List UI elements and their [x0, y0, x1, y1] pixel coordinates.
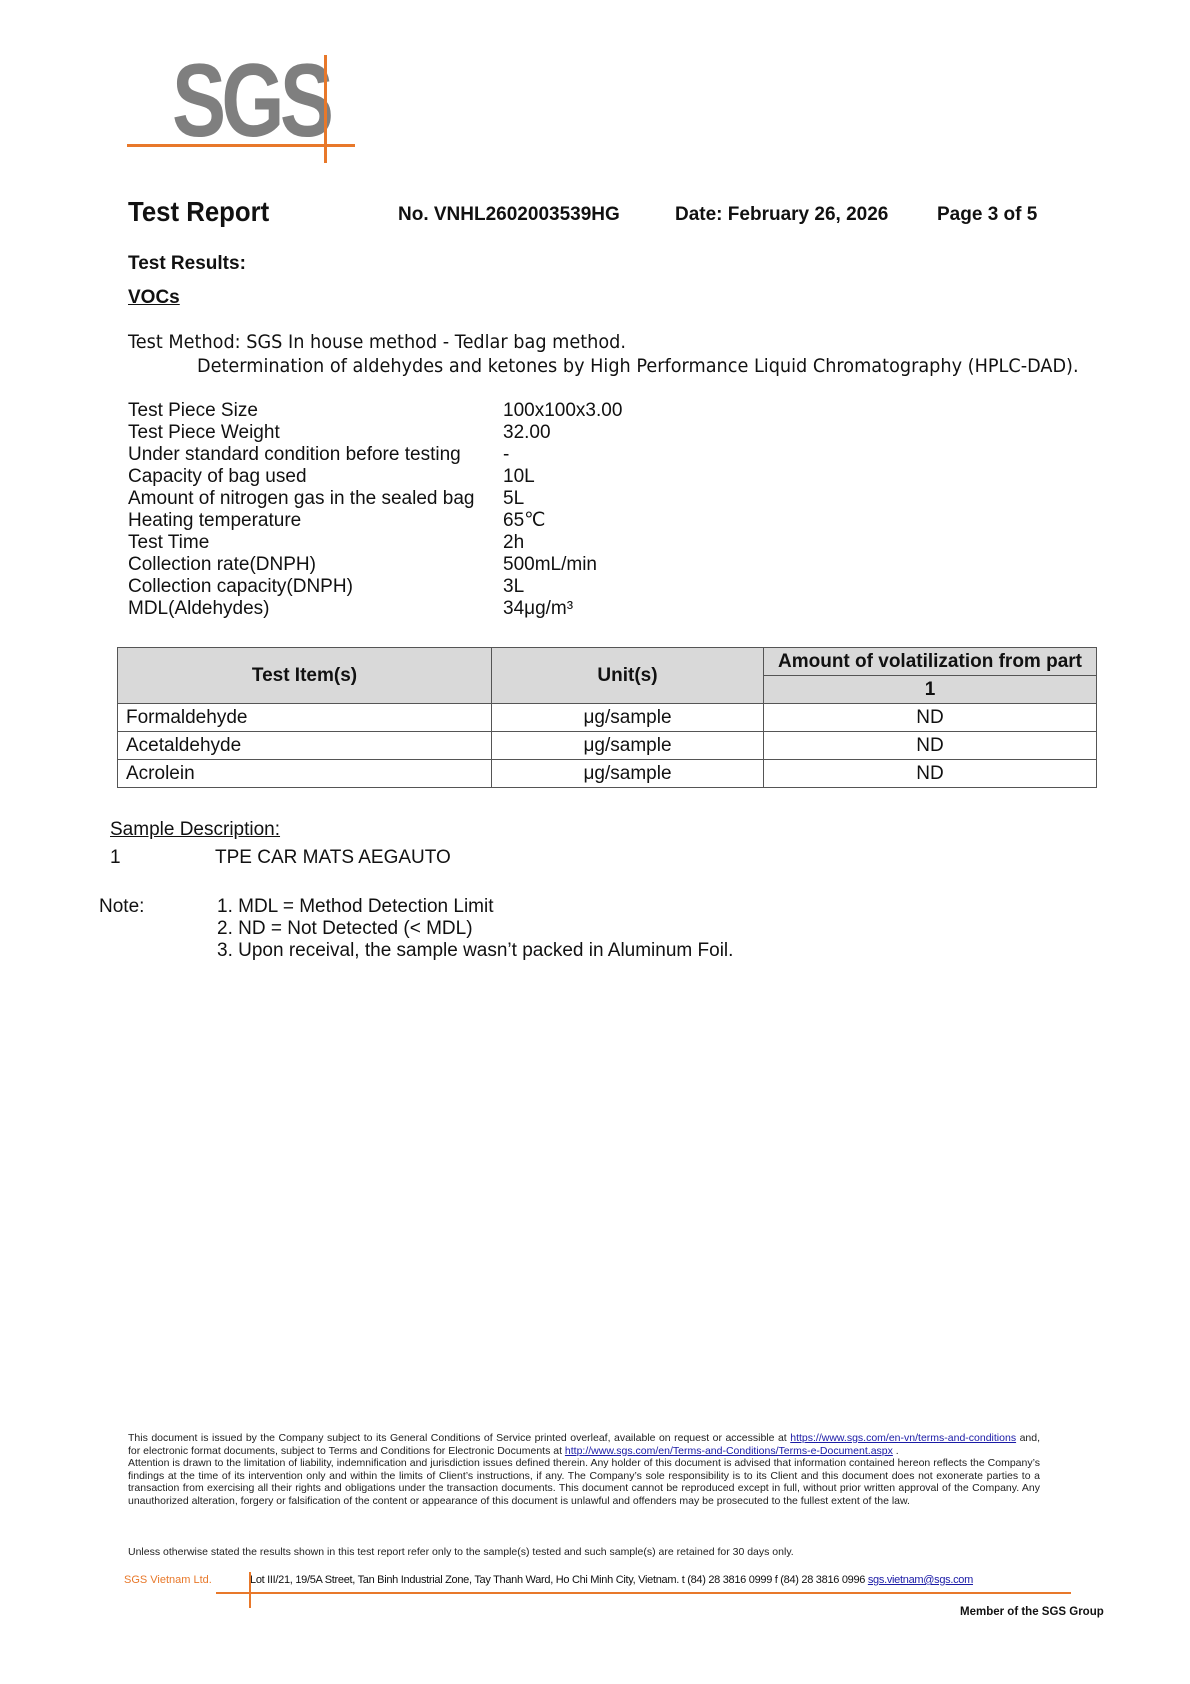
param-value: 500mL/min: [503, 554, 648, 576]
table-row: Formaldehydeμg/sampleND: [118, 704, 1097, 732]
logo-text: SGS: [172, 49, 329, 153]
note-item: 3. Upon receival, the sample wasn’t pack…: [217, 940, 733, 962]
header-test-item: Test Item(s): [118, 648, 492, 704]
param-row: Test Piece Weight32.00: [128, 422, 648, 444]
note-item: 1. MDL = Method Detection Limit: [217, 896, 733, 918]
param-row: Under standard condition before testing-: [128, 444, 648, 466]
cell-unit: μg/sample: [492, 760, 764, 788]
cell-value: ND: [764, 760, 1097, 788]
param-row: Capacity of bag used10L: [128, 466, 648, 488]
param-value: 10L: [503, 466, 648, 488]
param-row: Collection rate(DNPH)500mL/min: [128, 554, 648, 576]
param-value: -: [503, 444, 648, 466]
param-value: 32.00: [503, 422, 648, 444]
param-row: Test Piece Size100x100x3.00: [128, 400, 648, 422]
header-amount: Amount of volatilization from part: [764, 648, 1097, 676]
param-row: Amount of nitrogen gas in the sealed bag…: [128, 488, 648, 510]
test-parameters: Test Piece Size100x100x3.00Test Piece We…: [128, 400, 648, 620]
param-label: Collection rate(DNPH): [128, 554, 503, 576]
cell-item: Acrolein: [118, 760, 492, 788]
param-label: Collection capacity(DNPH): [128, 576, 503, 598]
cell-unit: μg/sample: [492, 704, 764, 732]
test-results-heading: Test Results:: [128, 253, 246, 275]
cell-item: Acetaldehyde: [118, 732, 492, 760]
param-row: Heating temperature65℃: [128, 510, 648, 532]
param-value: 2h: [503, 532, 648, 554]
param-label: Under standard condition before testing: [128, 444, 503, 466]
test-method-line-2: Determination of aldehydes and ketones b…: [197, 355, 1079, 377]
vocs-heading: VOCs: [128, 287, 180, 309]
logo-horizontal-line: [127, 144, 355, 147]
param-value: 3L: [503, 576, 648, 598]
notes-list: 1. MDL = Method Detection Limit 2. ND = …: [217, 896, 733, 962]
company-address: Lot III/21, 19/5A Street, Tan Binh Indus…: [250, 1574, 973, 1586]
report-date: Date: February 26, 2026: [675, 204, 888, 226]
cell-value: ND: [764, 732, 1097, 760]
header-unit: Unit(s): [492, 648, 764, 704]
electronic-terms-link[interactable]: http://www.sgs.com/en/Terms-and-Conditio…: [565, 1445, 893, 1457]
note-item: 2. ND = Not Detected (< MDL): [217, 918, 733, 940]
page-number: Page 3 of 5: [937, 204, 1037, 226]
report-title: Test Report: [128, 196, 269, 228]
company-name: SGS Vietnam Ltd.: [124, 1574, 212, 1586]
terms-link[interactable]: https://www.sgs.com/en-vn/terms-and-cond…: [790, 1432, 1016, 1444]
param-value: 65℃: [503, 510, 648, 532]
logo-vertical-line: [324, 55, 327, 163]
param-label: Test Piece Size: [128, 400, 503, 422]
sample-number: 1: [110, 847, 121, 869]
param-row: Collection capacity(DNPH)3L: [128, 576, 648, 598]
footer-line: [216, 1592, 1071, 1594]
cell-item: Formaldehyde: [118, 704, 492, 732]
results-table: Test Item(s) Unit(s) Amount of volatiliz…: [117, 647, 1097, 788]
table-row: Acroleinμg/sampleND: [118, 760, 1097, 788]
param-label: Amount of nitrogen gas in the sealed bag: [128, 488, 503, 510]
report-number: No. VNHL2602003539HG: [398, 204, 620, 226]
param-row: MDL(Aldehydes)34μg/m³: [128, 598, 648, 620]
param-label: Heating temperature: [128, 510, 503, 532]
cell-value: ND: [764, 704, 1097, 732]
param-value: 34μg/m³: [503, 598, 648, 620]
footer-vertical-line: [249, 1572, 251, 1608]
legal-text: This document is issued by the Company s…: [128, 1432, 790, 1444]
sample-name: TPE CAR MATS AEGAUTO: [215, 847, 451, 869]
table-row: Acetaldehydeμg/sampleND: [118, 732, 1097, 760]
header-sample-number: 1: [764, 676, 1097, 704]
legal-text: .: [893, 1445, 899, 1457]
sample-description-heading: Sample Description:: [110, 819, 280, 841]
liability-text: Attention is drawn to the limitation of …: [128, 1457, 1040, 1507]
cell-unit: μg/sample: [492, 732, 764, 760]
param-value: 5L: [503, 488, 648, 510]
test-method-line-1: Test Method: SGS In house method - Tedla…: [128, 331, 626, 353]
param-row: Test Time2h: [128, 532, 648, 554]
legal-disclaimer: This document is issued by the Company s…: [128, 1432, 1040, 1507]
member-of-group: Member of the SGS Group: [960, 1606, 1104, 1618]
param-label: MDL(Aldehydes): [128, 598, 503, 620]
sgs-logo: SGS: [127, 55, 357, 165]
param-value: 100x100x3.00: [503, 400, 648, 422]
address-text: Lot III/21, 19/5A Street, Tan Binh Indus…: [250, 1574, 868, 1586]
note-label: Note:: [99, 896, 144, 918]
param-label: Test Piece Weight: [128, 422, 503, 444]
retention-notice: Unless otherwise stated the results show…: [128, 1546, 794, 1558]
email-link[interactable]: sgs.vietnam@sgs.com: [868, 1574, 973, 1586]
param-label: Capacity of bag used: [128, 466, 503, 488]
param-label: Test Time: [128, 532, 503, 554]
